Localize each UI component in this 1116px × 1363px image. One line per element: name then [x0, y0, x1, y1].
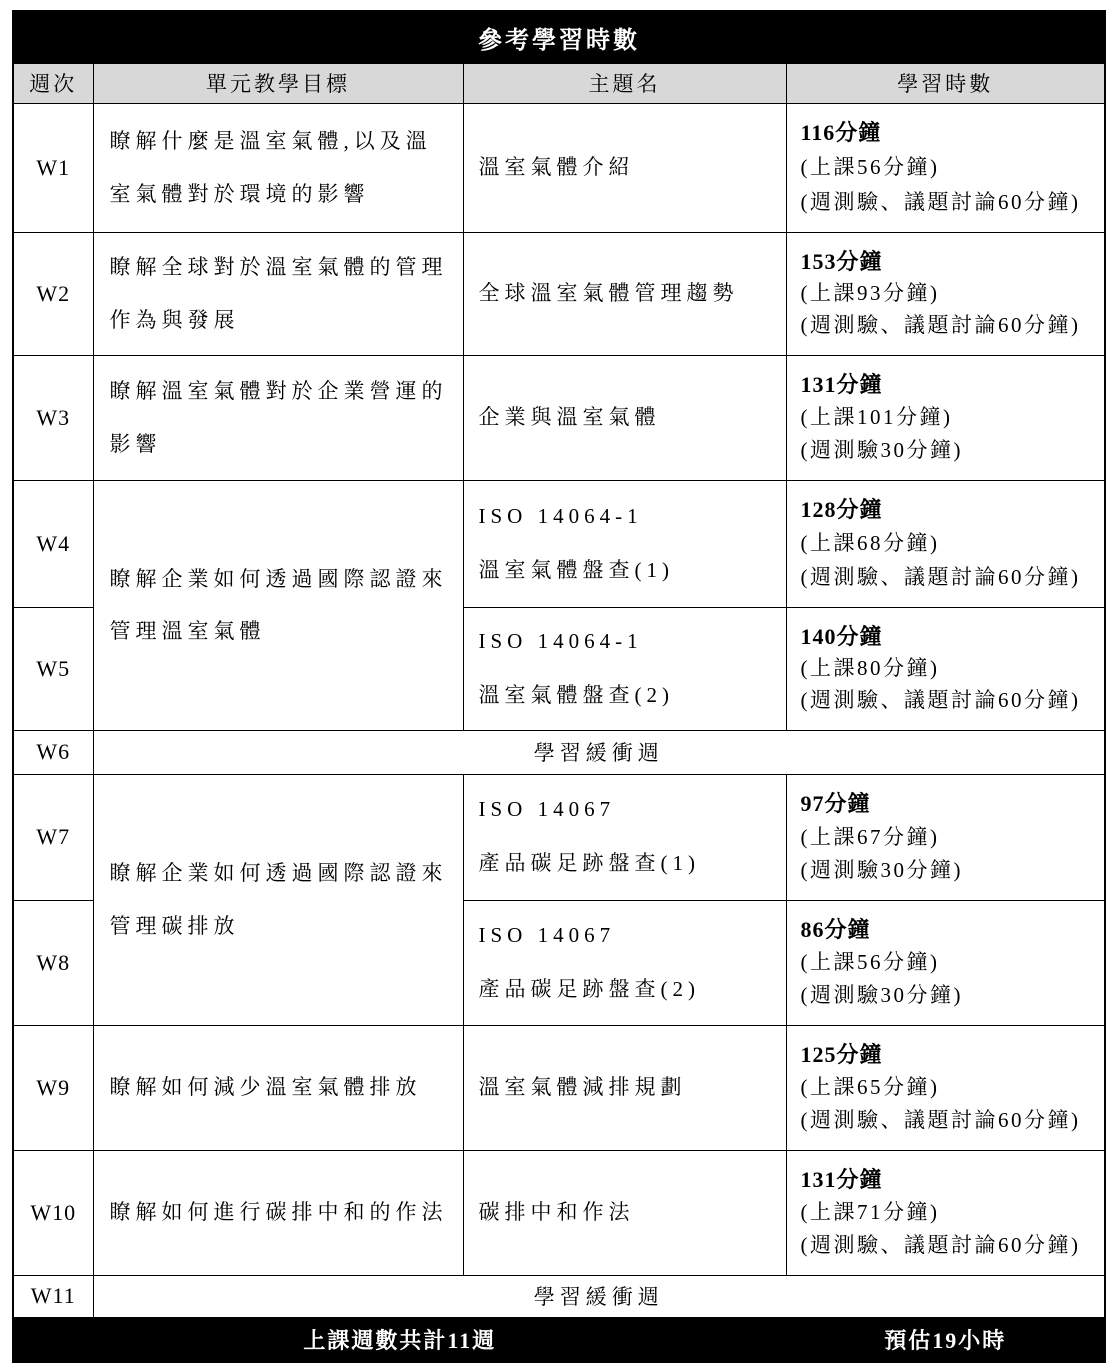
- hours-total: 131分鐘: [801, 1163, 1099, 1194]
- hours-cell: 128分鐘 (上課68分鐘) (週測驗、議題討論60分鐘): [786, 480, 1105, 607]
- column-header-row: 週次 單元教學目標 主題名 學習時數: [13, 63, 1105, 103]
- hours-quiz-line: (週測驗、議題討論60分鐘): [801, 561, 1099, 591]
- hours-cell: 86分鐘 (上課56分鐘) (週測驗30分鐘): [786, 900, 1105, 1025]
- week-cell: W11: [13, 1275, 93, 1317]
- topic-cell: 碳排中和作法: [463, 1150, 786, 1275]
- table-footer-row: 上課週數共計11週 預估19小時: [13, 1317, 1105, 1362]
- reference-learning-hours-table: 參考學習時數 週次 單元教學目標 主題名 學習時數 W1 瞭解什麼是溫室氣體,以…: [12, 10, 1106, 1363]
- table-row: W1 瞭解什麼是溫室氣體,以及溫 室氣體對於環境的影響 溫室氣體介紹 116分鐘…: [13, 103, 1105, 232]
- table-row: W2 瞭解全球對於溫室氣體的管理 作為與發展 全球溫室氣體管理趨勢 153分鐘 …: [13, 232, 1105, 355]
- topic-cell: ISO 14064-1 溫室氣體盤查(1): [463, 480, 786, 607]
- hours-class-line: (上課56分鐘): [801, 946, 1099, 976]
- hours-quiz-line: (週測驗30分鐘): [801, 434, 1099, 464]
- hours-cell: 116分鐘 (上課56分鐘) (週測驗、議題討論60分鐘): [786, 103, 1105, 232]
- table-title-row: 參考學習時數: [13, 11, 1105, 63]
- hours-class-line: (上課56分鐘): [801, 151, 1099, 181]
- week-cell: W6: [13, 730, 93, 774]
- hours-class-line: (上課67分鐘): [801, 821, 1099, 851]
- objective-cell: 瞭解溫室氣體對於企業營運的 影響: [93, 355, 463, 480]
- hours-total: 131分鐘: [801, 368, 1099, 399]
- hours-cell: 153分鐘 (上課93分鐘) (週測驗、議題討論60分鐘): [786, 232, 1105, 355]
- buffer-week-row: W11 學習緩衝週: [13, 1275, 1105, 1317]
- hours-total: 86分鐘: [801, 913, 1099, 944]
- hours-total: 153分鐘: [801, 245, 1099, 276]
- topic-cell: ISO 14067 產品碳足跡盤查(2): [463, 900, 786, 1025]
- week-cell: W1: [13, 103, 93, 232]
- hours-class-line: (上課71分鐘): [801, 1196, 1099, 1226]
- objective-cell: 瞭解什麼是溫室氣體,以及溫 室氣體對於環境的影響: [93, 103, 463, 232]
- hours-cell: 131分鐘 (上課101分鐘) (週測驗30分鐘): [786, 355, 1105, 480]
- week-cell: W7: [13, 774, 93, 900]
- buffer-week-row: W6 學習緩衝週: [13, 730, 1105, 774]
- objective-cell: 瞭解全球對於溫室氣體的管理 作為與發展: [93, 232, 463, 355]
- hours-quiz-line: (週測驗30分鐘): [801, 854, 1099, 884]
- objective-cell: 瞭解如何進行碳排中和的作法: [93, 1150, 463, 1275]
- hours-quiz-line: (週測驗30分鐘): [801, 979, 1099, 1009]
- table-row: W9 瞭解如何減少溫室氣體排放 溫室氣體減排規劃 125分鐘 (上課65分鐘) …: [13, 1025, 1105, 1150]
- hours-quiz-line: (週測驗、議題討論60分鐘): [801, 309, 1099, 339]
- col-header-hours: 學習時數: [786, 63, 1105, 103]
- week-cell: W4: [13, 480, 93, 607]
- week-cell: W2: [13, 232, 93, 355]
- hours-class-line: (上課65分鐘): [801, 1071, 1099, 1101]
- buffer-week-cell: 學習緩衝週: [93, 1275, 1105, 1317]
- col-header-topic: 主題名: [463, 63, 786, 103]
- page: 參考學習時數 週次 單元教學目標 主題名 學習時數 W1 瞭解什麼是溫室氣體,以…: [0, 0, 1116, 1363]
- hours-quiz-line: (週測驗、議題討論60分鐘): [801, 1104, 1099, 1134]
- table-row: W3 瞭解溫室氣體對於企業營運的 影響 企業與溫室氣體 131分鐘 (上課101…: [13, 355, 1105, 480]
- topic-cell: ISO 14064-1 溫室氣體盤查(2): [463, 607, 786, 730]
- table-row: W4 瞭解企業如何透過國際認證來 管理溫室氣體 ISO 14064-1 溫室氣體…: [13, 480, 1105, 607]
- hours-quiz-line: (週測驗、議題討論60分鐘): [801, 186, 1099, 216]
- hours-total: 140分鐘: [801, 620, 1099, 651]
- topic-cell: 企業與溫室氣體: [463, 355, 786, 480]
- topic-cell: 溫室氣體介紹: [463, 103, 786, 232]
- table-row: W10 瞭解如何進行碳排中和的作法 碳排中和作法 131分鐘 (上課71分鐘) …: [13, 1150, 1105, 1275]
- objective-cell-merged: 瞭解企業如何透過國際認證來 管理溫室氣體: [93, 480, 463, 730]
- hours-quiz-line: (週測驗、議題討論60分鐘): [801, 684, 1099, 714]
- hours-total: 125分鐘: [801, 1038, 1099, 1069]
- topic-cell: ISO 14067 產品碳足跡盤查(1): [463, 774, 786, 900]
- objective-cell: 瞭解如何減少溫室氣體排放: [93, 1025, 463, 1150]
- week-cell: W10: [13, 1150, 93, 1275]
- week-cell: W8: [13, 900, 93, 1025]
- topic-cell: 溫室氣體減排規劃: [463, 1025, 786, 1150]
- hours-cell: 140分鐘 (上課80分鐘) (週測驗、議題討論60分鐘): [786, 607, 1105, 730]
- col-header-objective: 單元教學目標: [93, 63, 463, 103]
- hours-class-line: (上課101分鐘): [801, 401, 1099, 431]
- hours-class-line: (上課80分鐘): [801, 652, 1099, 682]
- hours-cell: 131分鐘 (上課71分鐘) (週測驗、議題討論60分鐘): [786, 1150, 1105, 1275]
- week-cell: W3: [13, 355, 93, 480]
- buffer-week-cell: 學習緩衝週: [93, 730, 1105, 774]
- week-cell: W9: [13, 1025, 93, 1150]
- hours-total: 116分鐘: [801, 116, 1099, 147]
- objective-cell-merged: 瞭解企業如何透過國際認證來 管理碳排放: [93, 774, 463, 1025]
- hours-class-line: (上課68分鐘): [801, 527, 1099, 557]
- table-title: 參考學習時數: [13, 11, 1105, 63]
- footer-estimated-hours: 預估19小時: [786, 1317, 1105, 1362]
- col-header-week: 週次: [13, 63, 93, 103]
- hours-class-line: (上課93分鐘): [801, 277, 1099, 307]
- hours-total: 128分鐘: [801, 493, 1099, 524]
- hours-quiz-line: (週測驗、議題討論60分鐘): [801, 1229, 1099, 1259]
- footer-total-weeks: 上課週數共計11週: [13, 1317, 786, 1362]
- hours-cell: 97分鐘 (上課67分鐘) (週測驗30分鐘): [786, 774, 1105, 900]
- hours-total: 97分鐘: [801, 787, 1099, 818]
- topic-cell: 全球溫室氣體管理趨勢: [463, 232, 786, 355]
- hours-cell: 125分鐘 (上課65分鐘) (週測驗、議題討論60分鐘): [786, 1025, 1105, 1150]
- week-cell: W5: [13, 607, 93, 730]
- table-row: W7 瞭解企業如何透過國際認證來 管理碳排放 ISO 14067 產品碳足跡盤查…: [13, 774, 1105, 900]
